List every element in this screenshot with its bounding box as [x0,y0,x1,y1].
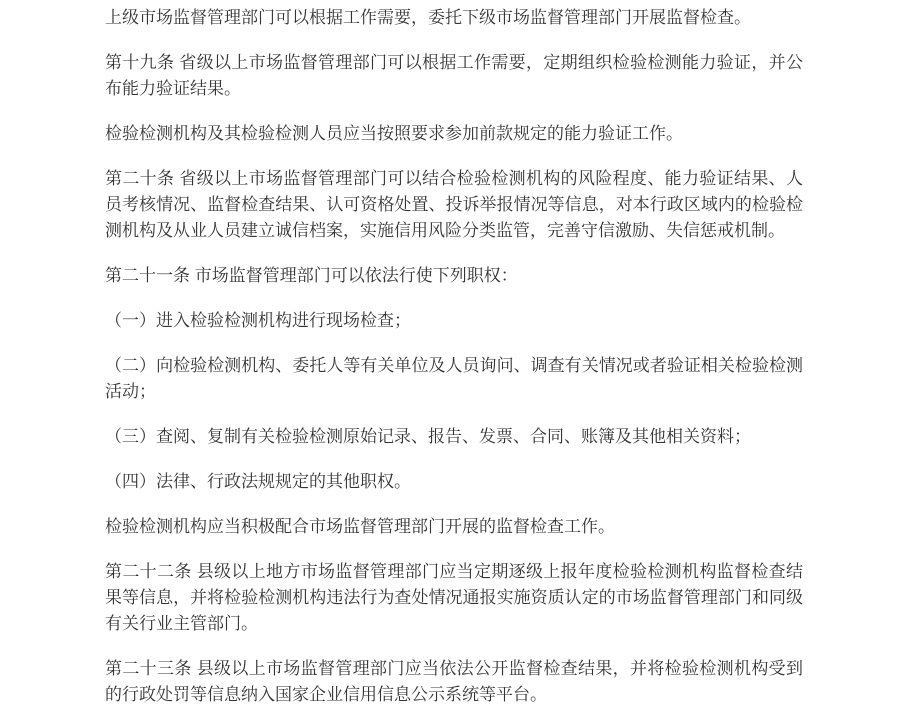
article-body: 上级市场监督管理部门可以根据工作需要，委托下级市场监督管理部门开展监督检查。 第… [105,0,803,706]
paragraph-article-20: 第二十条 省级以上市场监督管理部门可以结合检验检测机构的风险程度、能力验证结果、… [105,166,803,244]
document-page: { "page": { "background_color": "#ffffff… [0,0,904,706]
paragraph: 检验检测机构及其检验检测人员应当按照要求参加前款规定的能力验证工作。 [105,121,803,147]
list-item-2: （二）向检验检测机构、委托人等有关单位及人员询问、调查有关情况或者验证相关检验检… [105,353,803,405]
list-item-1: （一）进入检验检测机构进行现场检查； [105,308,803,334]
list-item-3: （三）查阅、复制有关检验检测原始记录、报告、发票、合同、账簿及其他相关资料； [105,424,803,450]
paragraph-article-23: 第二十三条 县级以上市场监督管理部门应当依法公开监督检查结果，并将检验检测机构受… [105,656,803,706]
paragraph-article-22: 第二十二条 县级以上地方市场监督管理部门应当定期逐级上报年度检验检测机构监督检查… [105,559,803,637]
paragraph: 检验检测机构应当积极配合市场监督管理部门开展的监督检查工作。 [105,514,803,540]
paragraph: 上级市场监督管理部门可以根据工作需要，委托下级市场监督管理部门开展监督检查。 [105,5,803,31]
list-item-4: （四）法律、行政法规规定的其他职权。 [105,469,803,495]
paragraph-article-21: 第二十一条 市场监督管理部门可以依法行使下列职权： [105,263,803,289]
paragraph-article-19: 第十九条 省级以上市场监督管理部门可以根据工作需要，定期组织检验检测能力验证，并… [105,50,803,102]
